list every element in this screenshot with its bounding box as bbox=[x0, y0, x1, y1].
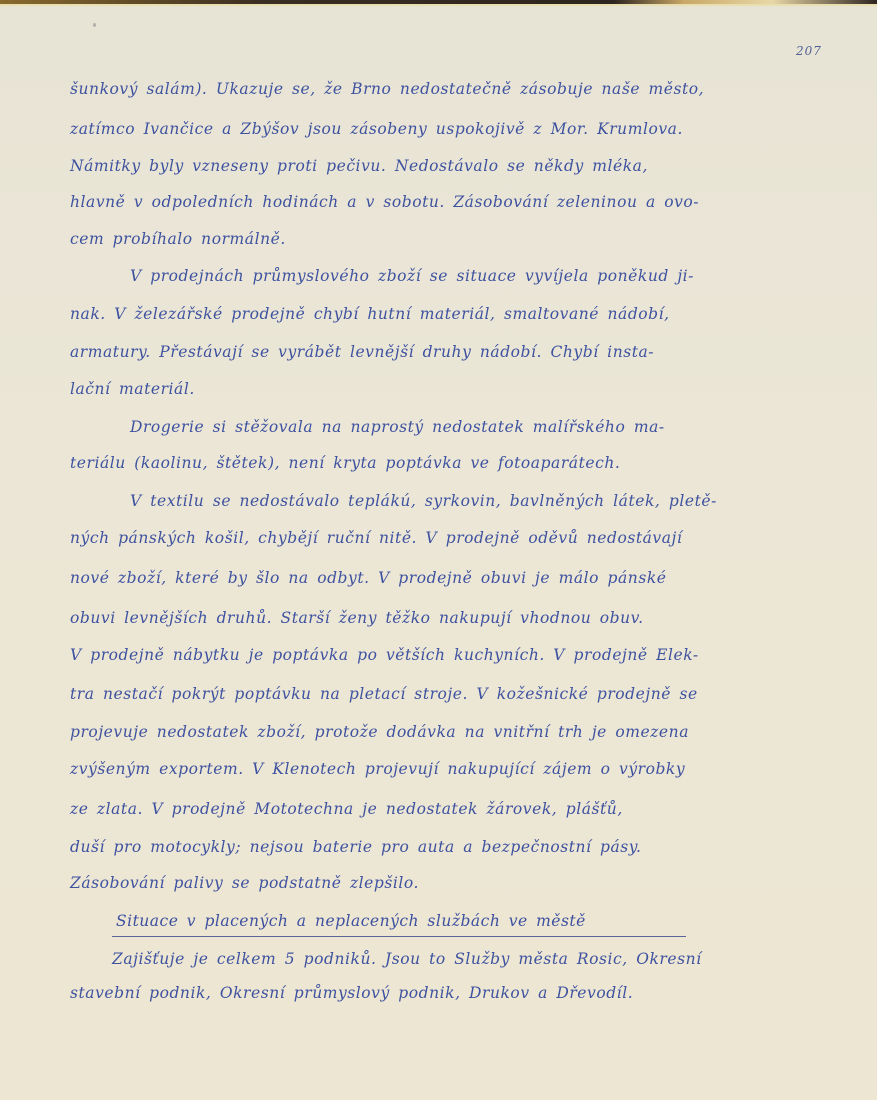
text-line: teriálu (kaolinu, štětek), není kryta po… bbox=[70, 448, 790, 478]
text-line: cem probíhalo normálně. bbox=[70, 224, 790, 254]
text-line: V textilu se nedostávalo teplákú, syrkov… bbox=[130, 486, 790, 516]
text-line: nak. V železářské prodejně chybí hutní m… bbox=[70, 299, 790, 329]
text-line: Zásobování palivy se podstatně zlepšilo. bbox=[70, 868, 790, 898]
scan-edge bbox=[0, 0, 877, 4]
section-heading: Situace v placených a neplacených službá… bbox=[112, 906, 686, 937]
text-line: Drogerie si stěžovala na naprostý nedost… bbox=[130, 412, 790, 442]
text-line: zatímco Ivančice a Zbýšov jsou zásobeny … bbox=[70, 114, 790, 144]
text-line: ze zlata. V prodejně Mototechna je nedos… bbox=[70, 794, 790, 824]
page-number: 207 bbox=[796, 44, 822, 58]
text-line: duší pro motocykly; nejsou baterie pro a… bbox=[70, 832, 790, 862]
text-line: hlavně v odpoledních hodinách a v sobotu… bbox=[70, 187, 790, 217]
text-line: V prodejnách průmyslového zboží se situa… bbox=[130, 261, 790, 291]
text-line: projevuje nedostatek zboží, protože dodá… bbox=[70, 717, 790, 747]
text-line: Zajišťuje je celkem 5 podniků. Jsou to S… bbox=[112, 944, 772, 974]
text-line: nové zboží, které by šlo na odbyt. V pro… bbox=[70, 563, 790, 593]
text-line: V prodejně nábytku je poptávka po většíc… bbox=[70, 640, 790, 670]
text-line: šunkový salám). Ukazuje se, že Brno nedo… bbox=[70, 74, 790, 104]
text-line: obuvi levnějších druhů. Starší ženy těžk… bbox=[70, 603, 790, 633]
document-page: 207 šunkový salám). Ukazuje se, že Brno … bbox=[0, 6, 877, 1100]
text-line: zvýšeným exportem. V Klenotech projevují… bbox=[70, 754, 790, 784]
text-line: lační materiál. bbox=[70, 374, 790, 404]
text-line: Námitky byly vzneseny proti pečivu. Nedo… bbox=[70, 151, 790, 181]
text-line: armatury. Přestávají se vyrábět levnější… bbox=[70, 337, 790, 367]
paper-speck bbox=[93, 23, 96, 27]
text-line: ných pánských košil, chybějí ruční nitě.… bbox=[70, 523, 790, 553]
text-line: stavební podnik, Okresní průmyslový podn… bbox=[70, 978, 790, 1008]
text-line: tra nestačí pokrýt poptávku na pletací s… bbox=[70, 679, 790, 709]
